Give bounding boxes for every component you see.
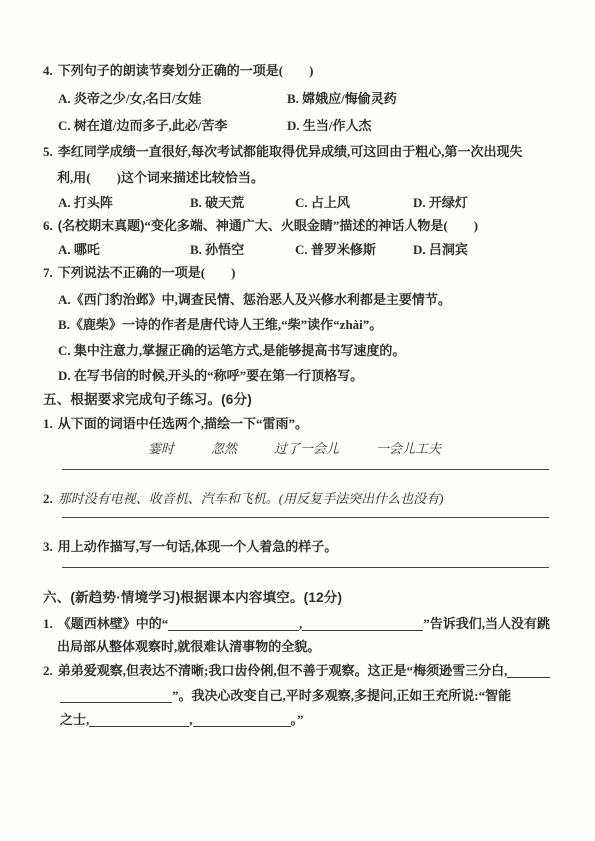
section-5-question-1-text: 从下面的词语中任选两个,描绘一下“雷雨”。	[58, 416, 308, 431]
section-6-question-1-segment-1: 《题西林壁》中的“	[58, 616, 169, 631]
question-7-text: 下列说法不正确的一项是( )	[58, 265, 236, 280]
section-5-question-3-text: 用上动作描写,写一句话,体现一个人着急的样子。	[58, 539, 338, 554]
question-5-text-line-1: 李红同学成绩一直很好,每次考试都能取得优异成绩,可这回由于粗心,第一次出现失	[58, 144, 523, 159]
question-4-option-a: A. 炎帝之少/女,名曰/女娃	[58, 90, 287, 107]
section-6-question-2-segment-3: 之士,	[60, 712, 89, 727]
question-4-number: 4.	[43, 63, 53, 78]
fill-blank	[507, 677, 550, 678]
answer-line-3	[62, 567, 549, 568]
section-6-question-1-line-2: 出局部从整体观察时,就很难认清事物的全貌。	[57, 638, 320, 655]
section-6-question-2-line-3: 之士, , 。”	[60, 710, 304, 727]
section-5-question-2-stem: 2.那时没有电视、收音机、汽车和飞机。(用反复手法突出什么也没有)	[43, 490, 443, 507]
question-4-option-b: B. 嫦娥应/悔偷灵药	[287, 90, 551, 107]
question-6-options-row: A. 哪吒 B. 孙悟空 C. 普罗米修斯 D. 吕洞宾	[58, 241, 551, 258]
fill-blank	[193, 726, 291, 727]
fill-blank	[168, 630, 299, 631]
exam-page: 4.下列句子的朗读节奏划分正确的一项是( ) A. 炎帝之少/女,名曰/女娃 B…	[0, 0, 595, 841]
word-choice-2: 忽然	[211, 440, 237, 457]
question-6-option-a: A. 哪吒	[58, 241, 190, 258]
word-choice-3: 过了一会儿	[274, 440, 339, 457]
question-4-option-d: D. 生当/作人杰	[287, 117, 551, 134]
section-5-question-3-stem: 3.用上动作描写,写一句话,体现一个人着急的样子。	[43, 538, 337, 555]
question-7-option-d: D. 在写书信的时候,开头的“称呼”要在第一行顶格写。	[58, 367, 363, 384]
section-5-question-2-text: 那时没有电视、收音机、汽车和飞机。(用反复手法突出什么也没有)	[58, 491, 444, 506]
section-6-question-1-number: 1.	[43, 616, 53, 631]
question-5-stem-line-2: 利,用( )这个词来描述比较恰当。	[57, 169, 264, 186]
section-6-question-2-line-2: ”。我决心改变自己,平时多观察,多提问,正如王充所说:“智能	[60, 686, 550, 703]
section-5-question-2-number: 2.	[43, 491, 53, 506]
question-5-text-line-2: 利,用( )这个词来描述比较恰当。	[57, 170, 264, 185]
section-5-question-3-number: 3.	[43, 539, 53, 554]
question-6-option-d: D. 吕洞宾	[413, 241, 551, 258]
section-6-question-1-line-1: 1.《题西林壁》中的“ , ”告诉我们,当人没有跳	[43, 614, 550, 631]
section-6-heading: 六、(新趋势·情境学习)根据课本内容填空。(12分)	[43, 589, 342, 606]
word-choice-1: 霎时	[148, 440, 174, 457]
section-6-question-2-segment-5: 。”	[291, 712, 304, 727]
question-5-option-a: A. 打头阵	[58, 194, 190, 211]
answer-line-1	[62, 469, 549, 470]
section-6-question-2-number: 2.	[43, 663, 53, 678]
question-6-option-c: C. 普罗米修斯	[295, 241, 413, 258]
section-5-heading: 五、根据要求完成句子练习。(6分)	[43, 391, 252, 408]
question-6-source-tag: (名校期末真题)	[58, 218, 145, 233]
section-5-question-1-stem: 1.从下面的词语中任选两个,描绘一下“雷雨”。	[43, 415, 308, 432]
question-5-option-d: D. 开绿灯	[413, 194, 551, 211]
question-4-options-row-1: A. 炎帝之少/女,名曰/女娃 B. 嫦娥应/悔偷灵药	[58, 90, 551, 107]
question-6-stem: 6.(名校期末真题)“变化多端、神通广大、火眼金睛”描述的神话人物是( )	[43, 217, 478, 234]
question-7-stem: 7.下列说法不正确的一项是( )	[43, 264, 235, 281]
section-6-question-1-segment-3: ”告诉我们,当人没有跳	[423, 616, 550, 631]
question-4-options-row-2: C. 树在道/边而多子,此必/苦李 D. 生当/作人杰	[58, 117, 551, 134]
word-choice-4: 一会儿工夫	[376, 440, 441, 457]
section-5-question-1-number: 1.	[43, 416, 53, 431]
fill-blank	[89, 726, 189, 727]
question-7-option-a: A.《西门豹治邺》中,调查民情、惩治恶人及兴修水利都是主要情节。	[58, 291, 451, 308]
question-5-number: 5.	[43, 144, 53, 159]
section-6-question-2-segment-1: 弟弟爱观察,但表达不清晰;我口齿伶俐,但不善于观察。这正是“梅须逊雪三分白,	[58, 663, 508, 678]
question-4-text: 下列句子的朗读节奏划分正确的一项是( )	[58, 63, 314, 78]
question-7-option-c: C. 集中注意力,掌握正确的运笔方式,是能够提高书写速度的。	[58, 342, 405, 359]
question-5-option-c: C. 占上风	[295, 194, 413, 211]
question-4-option-c: C. 树在道/边而多子,此必/苦李	[58, 117, 287, 134]
question-6-number: 6.	[43, 218, 53, 233]
question-5-options-row: A. 打头阵 B. 破天荒 C. 占上风 D. 开绿灯	[58, 194, 551, 211]
question-5-stem-line-1: 5.李红同学成绩一直很好,每次考试都能取得优异成绩,可这回由于粗心,第一次出现失	[43, 143, 523, 160]
fill-blank	[302, 630, 423, 631]
section-6-question-1-segment-2: ,	[299, 616, 302, 631]
section-6-question-2-line-1: 2.弟弟爱观察,但表达不清晰;我口齿伶俐,但不善于观察。这正是“梅须逊雪三分白,	[43, 661, 550, 678]
fill-blank	[60, 702, 172, 703]
question-5-option-b: B. 破天荒	[190, 194, 295, 211]
question-7-option-b: B.《鹿柴》一诗的作者是唐代诗人王维,“柴”读作“zhài”。	[58, 316, 382, 333]
answer-line-2	[62, 517, 549, 518]
question-6-text: “变化多端、神通广大、火眼金睛”描述的神话人物是( )	[144, 218, 478, 233]
question-6-option-b: B. 孙悟空	[190, 241, 295, 258]
section-6-question-2-segment-2: ”。我决心改变自己,平时多观察,多提问,正如王充所说:“智能	[172, 688, 511, 703]
section-6-question-2-segment-4: ,	[189, 712, 192, 727]
question-7-number: 7.	[43, 265, 53, 280]
word-choice-list: 霎时 忽然 过了一会儿 一会儿工夫	[148, 440, 441, 457]
question-4-stem: 4.下列句子的朗读节奏划分正确的一项是( )	[43, 62, 313, 79]
